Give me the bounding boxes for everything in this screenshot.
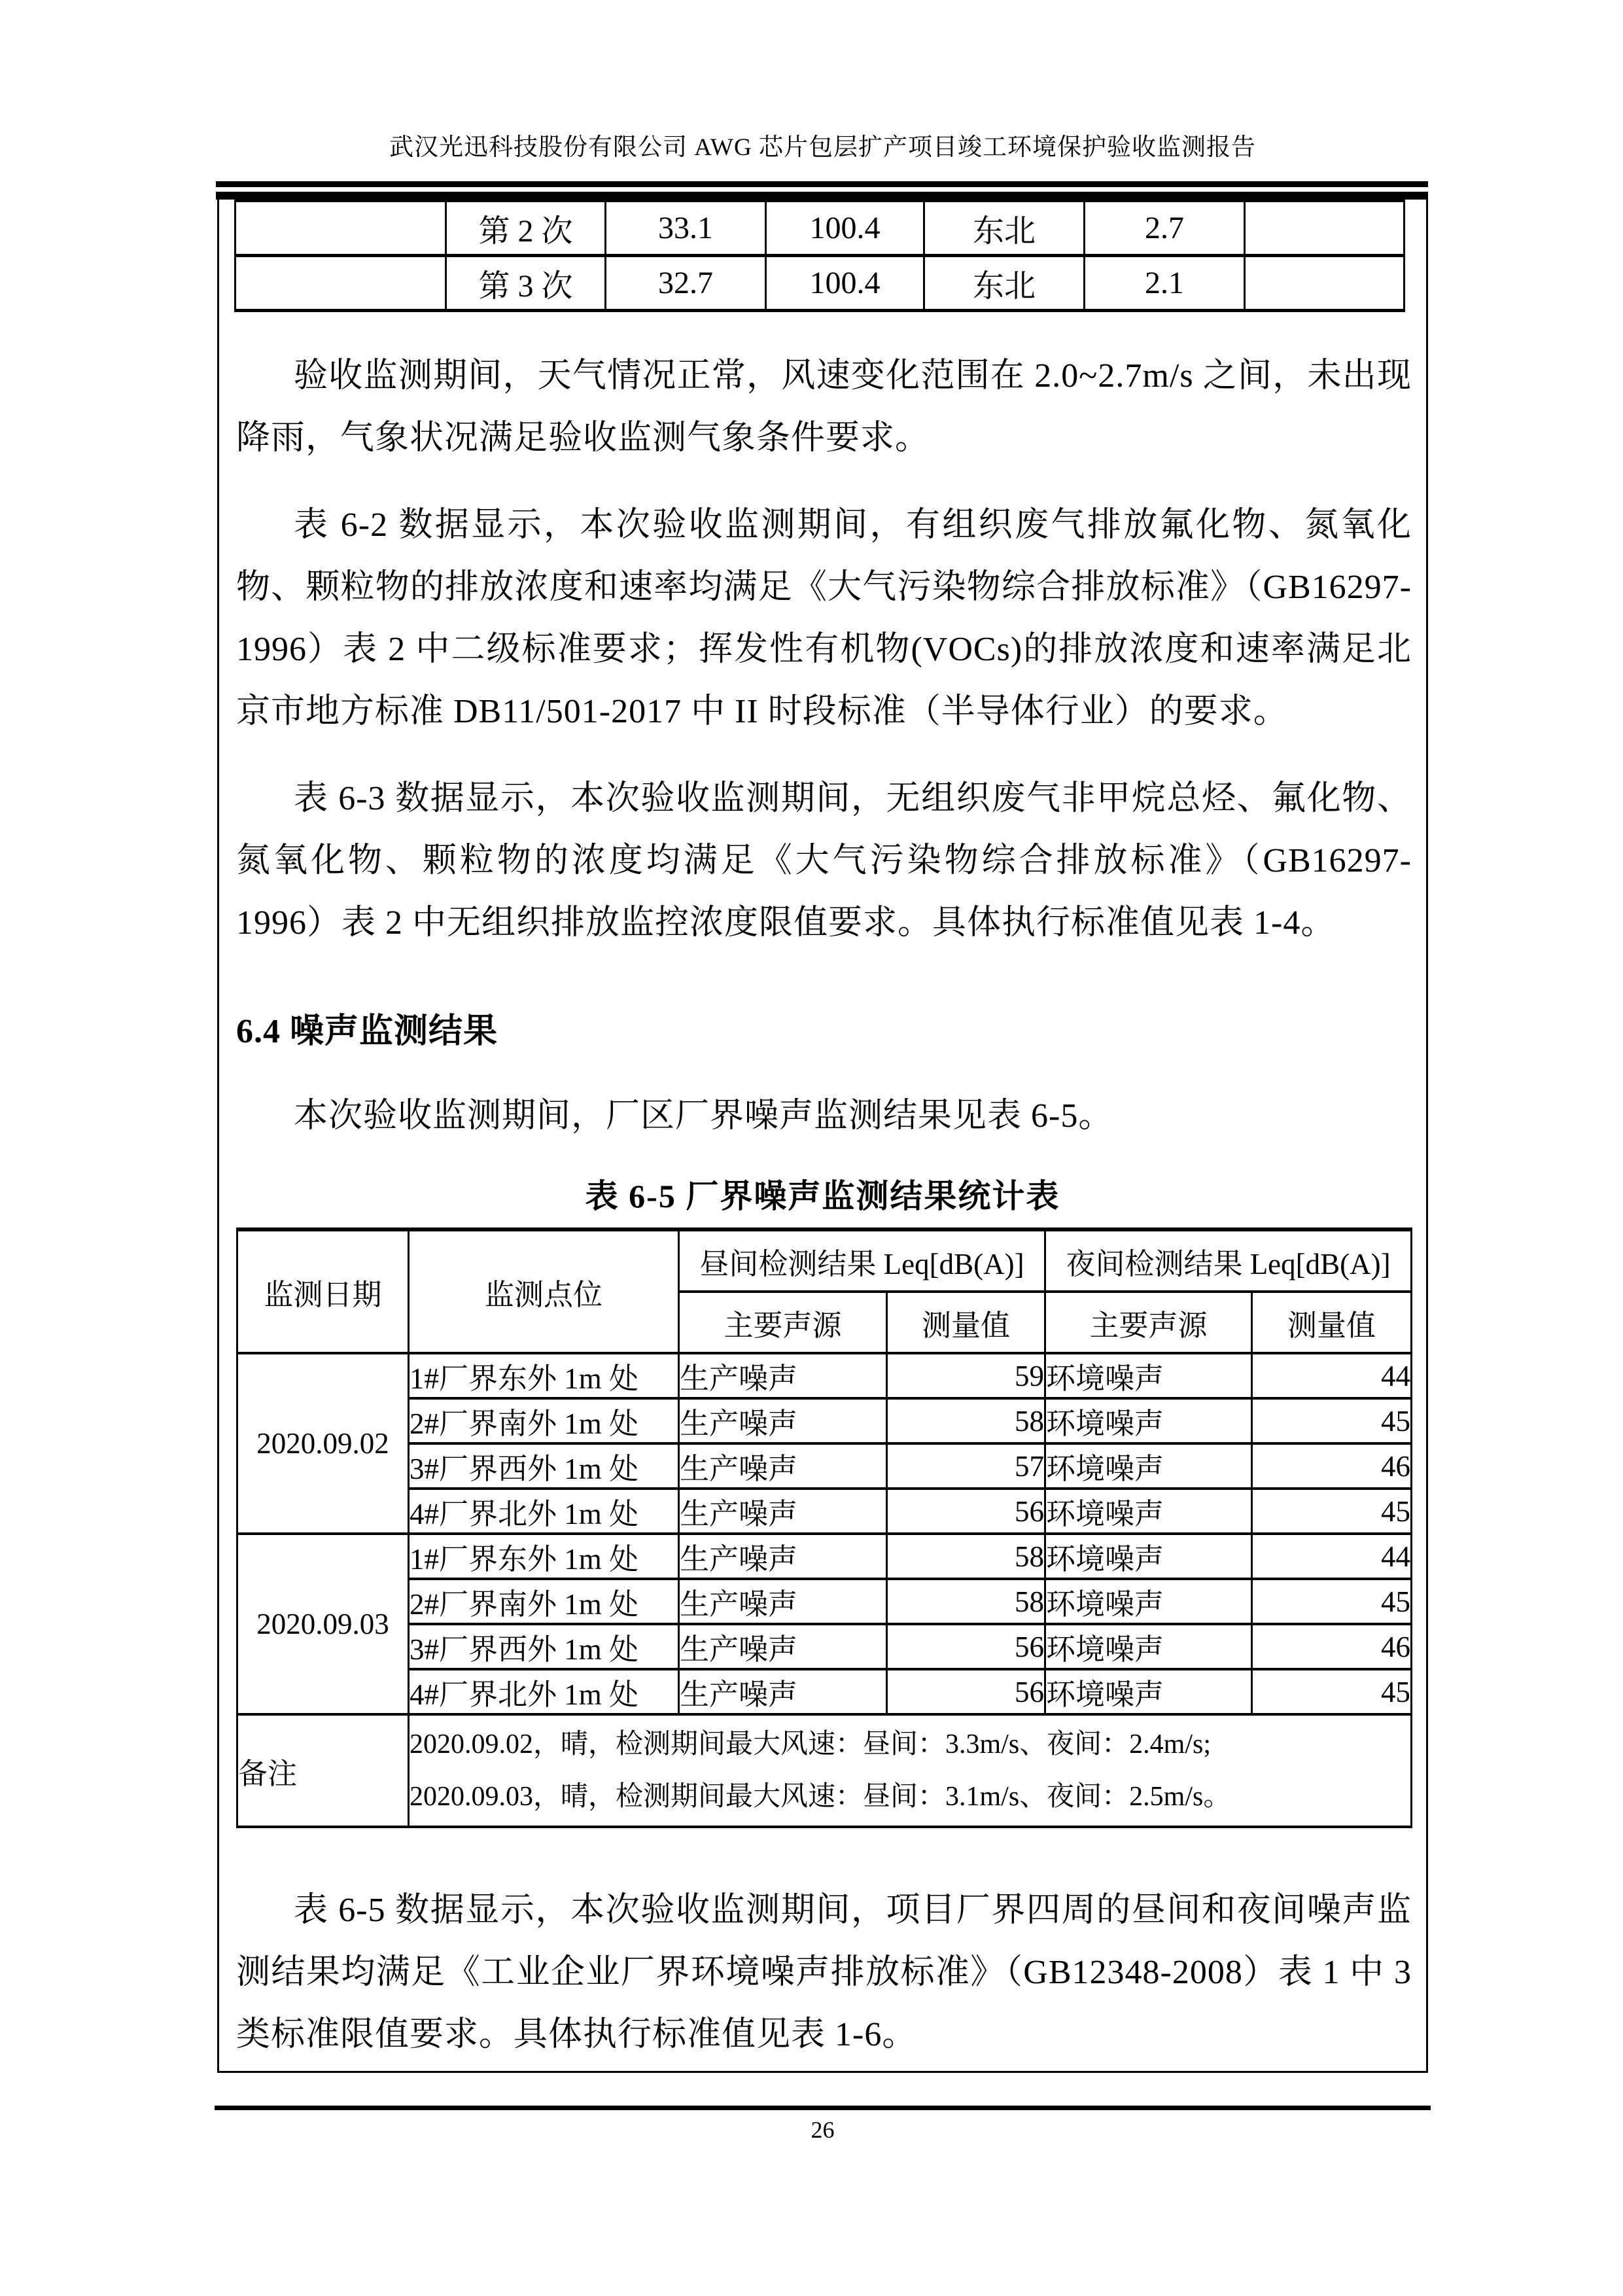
table-row: 第 3 次 32.7 100.4 东北 2.1 bbox=[236, 256, 1405, 311]
table-cell: 33.1 bbox=[606, 201, 766, 256]
point-cell: 2#厂界南外 1m 处 bbox=[409, 1579, 679, 1624]
day-source-cell: 生产噪声 bbox=[679, 1489, 887, 1534]
day-value-cell: 58 bbox=[887, 1398, 1045, 1443]
table-row: 3#厂界西外 1m 处 生产噪声 56 环境噪声 46 bbox=[237, 1624, 1412, 1669]
paragraph-table6-5: 表 6-5 数据显示，本次验收监测期间，项目厂界四周的昼间和夜间噪声监测结果均满… bbox=[236, 1879, 1412, 2066]
day-value-cell: 57 bbox=[887, 1443, 1045, 1489]
paragraph-table6-3: 表 6-3 数据显示，本次验收监测期间，无组织废气非甲烷总烃、氟化物、氮氧化物、… bbox=[236, 768, 1412, 954]
day-source-cell: 生产噪声 bbox=[679, 1534, 887, 1579]
day-source-cell: 生产噪声 bbox=[679, 1443, 887, 1489]
night-source-cell: 环境噪声 bbox=[1045, 1489, 1252, 1534]
day-value-cell: 58 bbox=[887, 1579, 1045, 1624]
header-cell-night: 夜间检测结果 Leq[dB(A)] bbox=[1045, 1229, 1412, 1292]
header-double-rule bbox=[216, 181, 1428, 200]
header-cell-night-source: 主要声源 bbox=[1045, 1292, 1252, 1353]
table-cell: 2.1 bbox=[1085, 256, 1245, 311]
paragraph-table6-2: 表 6-2 数据显示，本次验收监测期间，有组织废气排放氟化物、氮氧化物、颗粒物的… bbox=[236, 494, 1412, 743]
table-row: 2#厂界南外 1m 处 生产噪声 58 环境噪声 45 bbox=[237, 1398, 1412, 1443]
header-cell-day: 昼间检测结果 Leq[dB(A)] bbox=[679, 1229, 1045, 1292]
night-source-cell: 环境噪声 bbox=[1045, 1443, 1252, 1489]
table-row: 4#厂界北外 1m 处 生产噪声 56 环境噪声 45 bbox=[237, 1669, 1412, 1714]
date-cell: 2020.09.02 bbox=[237, 1353, 409, 1534]
table-remark-row: 备注 2020.09.02，晴，检测期间最大风速：昼间：3.3m/s、夜间：2.… bbox=[237, 1714, 1412, 1827]
header-cell-point: 监测点位 bbox=[409, 1229, 679, 1353]
section-heading-6-4: 6.4 噪声监测结果 bbox=[236, 1003, 1426, 1052]
point-cell: 4#厂界北外 1m 处 bbox=[409, 1489, 679, 1534]
table-cell: 100.4 bbox=[766, 201, 924, 256]
day-source-cell: 生产噪声 bbox=[679, 1579, 887, 1624]
point-cell: 4#厂界北外 1m 处 bbox=[409, 1669, 679, 1714]
remark-label-cell: 备注 bbox=[237, 1714, 409, 1827]
day-value-cell: 58 bbox=[887, 1534, 1045, 1579]
noise-table-title: 表 6-5 厂界噪声监测结果统计表 bbox=[219, 1170, 1426, 1217]
table-cell bbox=[1245, 256, 1405, 311]
table-cell: 第 2 次 bbox=[446, 201, 606, 256]
date-cell: 2020.09.03 bbox=[237, 1534, 409, 1714]
day-value-cell: 56 bbox=[887, 1489, 1045, 1534]
table-row: 4#厂界北外 1m 处 生产噪声 56 环境噪声 45 bbox=[237, 1489, 1412, 1534]
table-row: 第 2 次 33.1 100.4 东北 2.7 bbox=[236, 201, 1405, 256]
table-row: 2020.09.03 1#厂界东外 1m 处 生产噪声 58 环境噪声 44 bbox=[237, 1534, 1412, 1579]
table-cell bbox=[236, 256, 446, 311]
night-source-cell: 环境噪声 bbox=[1045, 1353, 1252, 1398]
point-cell: 3#厂界西外 1m 处 bbox=[409, 1624, 679, 1669]
night-source-cell: 环境噪声 bbox=[1045, 1624, 1252, 1669]
day-value-cell: 59 bbox=[887, 1353, 1045, 1398]
content-border-box: 第 2 次 33.1 100.4 东北 2.7 第 3 次 32.7 100.4… bbox=[217, 200, 1428, 2073]
table-cell bbox=[236, 201, 446, 256]
table-cell bbox=[1245, 201, 1405, 256]
day-source-cell: 生产噪声 bbox=[679, 1624, 887, 1669]
running-header-title: 武汉光迅科技股份有限公司 AWG 芯片包层扩产项目竣工环境保护验收监测报告 bbox=[217, 127, 1428, 162]
day-source-cell: 生产噪声 bbox=[679, 1398, 887, 1443]
table-header-row: 监测日期 监测点位 昼间检测结果 Leq[dB(A)] 夜间检测结果 Leq[d… bbox=[237, 1229, 1412, 1292]
day-source-cell: 生产噪声 bbox=[679, 1353, 887, 1398]
header-cell-night-value: 测量值 bbox=[1252, 1292, 1412, 1353]
day-source-cell: 生产噪声 bbox=[679, 1669, 887, 1714]
remark-line: 2020.09.03，晴，检测期间最大风速：昼间：3.1m/s、夜间：2.5m/… bbox=[410, 1771, 1410, 1823]
remark-content-cell: 2020.09.02，晴，检测期间最大风速：昼间：3.3m/s、夜间：2.4m/… bbox=[409, 1714, 1412, 1827]
night-value-cell: 45 bbox=[1252, 1489, 1412, 1534]
table-row: 2020.09.02 1#厂界东外 1m 处 生产噪声 59 环境噪声 44 bbox=[237, 1353, 1412, 1398]
header-cell-day-source: 主要声源 bbox=[679, 1292, 887, 1353]
point-cell: 1#厂界东外 1m 处 bbox=[409, 1534, 679, 1579]
night-value-cell: 46 bbox=[1252, 1624, 1412, 1669]
night-value-cell: 45 bbox=[1252, 1669, 1412, 1714]
noise-results-table: 监测日期 监测点位 昼间检测结果 Leq[dB(A)] 夜间检测结果 Leq[d… bbox=[236, 1227, 1412, 1828]
night-value-cell: 44 bbox=[1252, 1534, 1412, 1579]
document-page: 武汉光迅科技股份有限公司 AWG 芯片包层扩产项目竣工环境保护验收监测报告 第 … bbox=[0, 0, 1623, 2296]
header-cell-day-value: 测量值 bbox=[887, 1292, 1045, 1353]
night-source-cell: 环境噪声 bbox=[1045, 1398, 1252, 1443]
point-cell: 1#厂界东外 1m 处 bbox=[409, 1353, 679, 1398]
night-value-cell: 45 bbox=[1252, 1398, 1412, 1443]
day-value-cell: 56 bbox=[887, 1669, 1045, 1714]
night-source-cell: 环境噪声 bbox=[1045, 1534, 1252, 1579]
table-cell: 32.7 bbox=[606, 256, 766, 311]
night-value-cell: 46 bbox=[1252, 1443, 1412, 1489]
table-row: 2#厂界南外 1m 处 生产噪声 58 环境噪声 45 bbox=[237, 1579, 1412, 1624]
table-cell: 第 3 次 bbox=[446, 256, 606, 311]
table-cell: 100.4 bbox=[766, 256, 924, 311]
table-cell: 2.7 bbox=[1085, 201, 1245, 256]
day-value-cell: 56 bbox=[887, 1624, 1045, 1669]
paragraph-intro-noise: 本次验收监测期间，厂区厂界噪声监测结果见表 6-5。 bbox=[236, 1085, 1412, 1147]
night-source-cell: 环境噪声 bbox=[1045, 1579, 1252, 1624]
point-cell: 2#厂界南外 1m 处 bbox=[409, 1398, 679, 1443]
table-cell: 东北 bbox=[924, 201, 1085, 256]
footer-rule bbox=[215, 2106, 1431, 2110]
night-value-cell: 44 bbox=[1252, 1353, 1412, 1398]
remark-line: 2020.09.02，晴，检测期间最大风速：昼间：3.3m/s、夜间：2.4m/… bbox=[410, 1718, 1410, 1771]
night-source-cell: 环境噪声 bbox=[1045, 1669, 1252, 1714]
table-cell: 东北 bbox=[924, 256, 1085, 311]
paragraph-weather: 验收监测期间，天气情况正常，风速变化范围在 2.0~2.7m/s 之间，未出现降… bbox=[236, 345, 1412, 469]
carryover-table: 第 2 次 33.1 100.4 东北 2.7 第 3 次 32.7 100.4… bbox=[234, 200, 1405, 312]
page-number: 26 bbox=[215, 2116, 1431, 2144]
header-cell-date: 监测日期 bbox=[237, 1229, 409, 1353]
night-value-cell: 45 bbox=[1252, 1579, 1412, 1624]
table-row: 3#厂界西外 1m 处 生产噪声 57 环境噪声 46 bbox=[237, 1443, 1412, 1489]
point-cell: 3#厂界西外 1m 处 bbox=[409, 1443, 679, 1489]
